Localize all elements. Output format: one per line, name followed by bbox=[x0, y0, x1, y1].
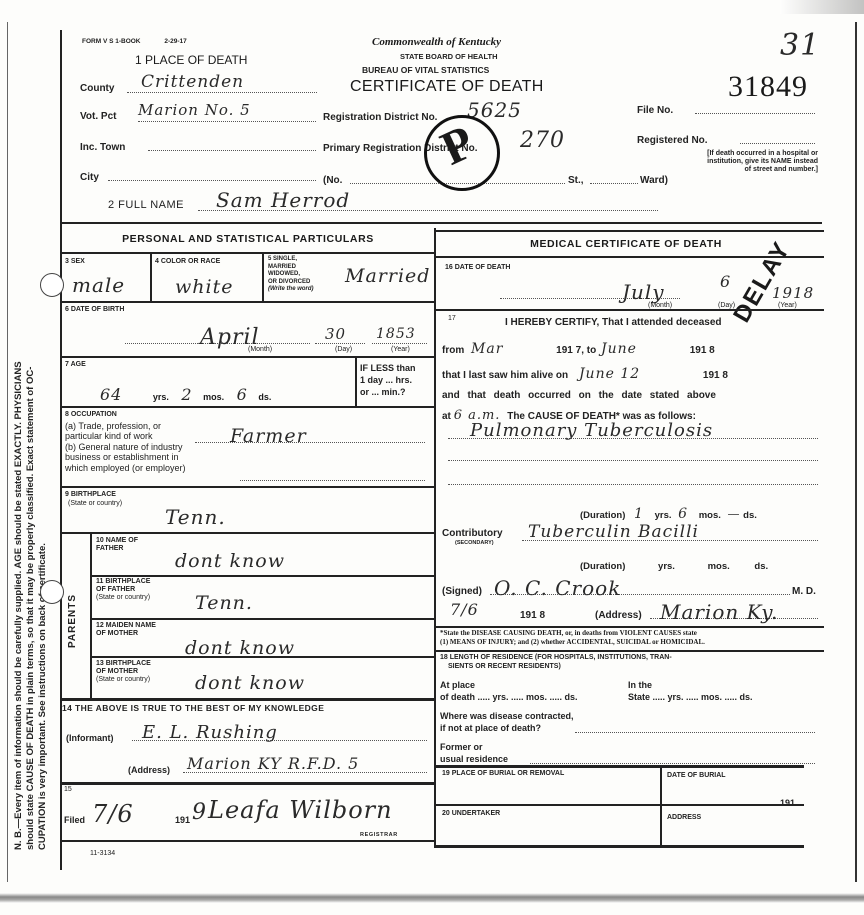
county-label: County bbox=[80, 83, 114, 94]
birthplace-value[interactable]: Tenn. bbox=[165, 505, 226, 529]
registered-no-field[interactable] bbox=[740, 127, 815, 144]
occupation-field[interactable]: Farmer bbox=[195, 425, 425, 443]
mother-birthplace-value[interactable]: dont know bbox=[195, 672, 305, 694]
occupation-a-line: (a) Trade, profession, or bbox=[65, 421, 186, 432]
cell-divider bbox=[355, 358, 357, 406]
duration-label: (Duration) bbox=[580, 561, 625, 572]
county-value: Crittenden bbox=[141, 72, 244, 92]
cause-field-3[interactable] bbox=[448, 470, 818, 485]
file-no-field[interactable] bbox=[695, 97, 815, 114]
label-line: FATHER bbox=[96, 545, 138, 553]
filed-year-prefix: 191 bbox=[175, 815, 190, 825]
vot-pct-value: Marion No. 5 bbox=[138, 101, 251, 119]
city-field[interactable] bbox=[108, 162, 316, 181]
filed-year-suffix[interactable]: 9 bbox=[192, 800, 207, 825]
burial-date-year: 191 bbox=[780, 798, 795, 808]
last-saw-label: that I last saw him alive on bbox=[442, 370, 568, 381]
marital-value[interactable]: Married bbox=[345, 265, 430, 287]
dob-day-field[interactable]: 30 bbox=[315, 325, 365, 344]
sheet-number: 31 bbox=[780, 28, 820, 63]
margin-line-2: should state CAUSE OF DEATH in plain ter… bbox=[25, 361, 37, 850]
yrs-label: yrs. bbox=[153, 392, 169, 402]
header-divider bbox=[62, 222, 822, 224]
dob-label: 6 DATE OF BIRTH bbox=[65, 306, 124, 314]
cell-divider bbox=[262, 253, 264, 301]
label-line: 10 NAME OF bbox=[96, 537, 138, 545]
cause-field-2[interactable] bbox=[448, 446, 818, 461]
parents-side-label: PARENTS bbox=[67, 594, 78, 648]
row-line bbox=[62, 252, 434, 254]
dob-year-value: 1853 bbox=[376, 326, 416, 342]
mos-label: mos. bbox=[699, 510, 721, 521]
cell-divider bbox=[150, 253, 152, 301]
from-year: 191 7 bbox=[556, 345, 581, 356]
dob-day-value: 30 bbox=[325, 325, 346, 343]
age-row: 64 yrs. 2 mos. 6 ds. bbox=[100, 385, 271, 404]
undertaker-address-label: ADDRESS bbox=[667, 814, 701, 822]
occupation-a-line: particular kind of work bbox=[65, 431, 186, 442]
registrar-signature[interactable]: Leafa Wilborn bbox=[208, 796, 393, 824]
row-line bbox=[436, 626, 824, 628]
burial-place-label: 19 PLACE OF BURIAL OR REMOVAL bbox=[442, 770, 564, 778]
form-outer-left-border bbox=[7, 22, 8, 882]
burial-divider bbox=[660, 767, 662, 845]
death-month-value: July bbox=[622, 280, 665, 304]
bureau-title: BUREAU OF VITAL STATISTICS bbox=[362, 65, 489, 75]
former-line: Former or bbox=[440, 741, 508, 753]
contracted-line: Where was disease contracted, bbox=[440, 710, 574, 722]
duration-row-1: (Duration) 1 yrs. 6 mos. — ds. bbox=[580, 506, 757, 522]
signed-date[interactable]: 7/6 bbox=[450, 600, 479, 619]
death-month-field[interactable]: July bbox=[500, 280, 680, 299]
primary-registration-value[interactable]: 270 bbox=[520, 128, 565, 153]
at-place-line[interactable]: of death ..... yrs. ..... mos. ..... ds. bbox=[440, 691, 578, 703]
marital-labels: 5 SINGLE, MARRIED WIDOWED, OR DIVORCED (… bbox=[268, 256, 314, 294]
father-name-value[interactable]: dont know bbox=[175, 550, 285, 572]
medical-section-title: MEDICAL CERTIFICATE OF DEATH bbox=[436, 238, 816, 250]
mos-label: mos. bbox=[203, 392, 224, 402]
in-state-line[interactable]: State ..... yrs. ..... mos. ..... ds. bbox=[628, 691, 753, 703]
footnote-line: (1) MEANS OF INJURY; and (2) whether ACC… bbox=[440, 638, 705, 647]
informant-value: E. L. Rushing bbox=[142, 722, 278, 743]
label-line: 13 BIRTHPLACE bbox=[96, 660, 151, 668]
delay-stamp: DELAY bbox=[728, 236, 797, 327]
margin-line-1: N. B.—Every item of information should b… bbox=[13, 361, 25, 850]
duration-label: (Duration) bbox=[580, 510, 625, 521]
duration-yrs-value[interactable]: 1 bbox=[634, 506, 644, 522]
occupation-block: 8 OCCUPATION (a) Trade, profession, or p… bbox=[65, 410, 186, 473]
age-days-value[interactable]: 6 bbox=[237, 385, 248, 404]
cause-value: Pulmonary Tuberculosis bbox=[470, 420, 713, 441]
dob-year-field[interactable]: 1853 bbox=[372, 325, 427, 344]
year-caption: (Year) bbox=[391, 346, 410, 354]
personal-section-title: PERSONAL AND STATISTICAL PARTICULARS bbox=[62, 233, 434, 245]
duration-row-2: (Duration) yrs. mos. ds. bbox=[580, 561, 768, 572]
vot-pct-field[interactable]: Marion No. 5 bbox=[138, 101, 316, 122]
registrar-label: REGISTRAR bbox=[360, 832, 398, 838]
label-line: OF MOTHER bbox=[96, 630, 156, 638]
informant-address-label: (Address) bbox=[128, 765, 170, 775]
ds-label: ds. bbox=[258, 392, 271, 402]
from-label: from bbox=[442, 345, 464, 356]
informant-address-value: Marion KY R.F.D. 5 bbox=[187, 754, 359, 773]
former-block: Former or usual residence bbox=[440, 741, 508, 765]
informant-label: (Informant) bbox=[66, 733, 114, 743]
footnote: *State the DISEASE CAUSING DEATH, or, in… bbox=[440, 629, 705, 647]
item-17-label: 17 bbox=[448, 315, 456, 323]
to-label: to bbox=[587, 345, 596, 356]
label-line: 11 BIRTHPLACE bbox=[96, 578, 150, 586]
color-value[interactable]: white bbox=[175, 276, 233, 298]
duration-mos-value[interactable]: 6 bbox=[678, 506, 688, 522]
margin-line-3: CUPATION is very important. See instruct… bbox=[37, 361, 49, 850]
occupation-b-line: which employed (or employer) bbox=[65, 463, 186, 474]
form-id: FORM V S 1-BOOK 2-29-17 bbox=[82, 38, 187, 46]
file-no-label: File No. bbox=[637, 105, 673, 116]
ward-label: Ward) bbox=[640, 175, 668, 186]
former-line: usual residence bbox=[440, 753, 508, 765]
in-state-line: In the bbox=[628, 679, 753, 691]
mos-label: mos. bbox=[708, 561, 730, 572]
residence-line: 18 LENGTH OF RESIDENCE (FOR HOSPITALS, I… bbox=[440, 653, 672, 662]
certify-text: I HEREBY CERTIFY, That I attended deceas… bbox=[505, 317, 722, 328]
label-line: OF FATHER bbox=[96, 586, 150, 594]
signed-field[interactable]: O. C. Crook bbox=[490, 576, 790, 595]
day-caption: (Day) bbox=[335, 346, 352, 354]
attended-row: from Mar 191 7, to June 191 8 bbox=[442, 341, 715, 357]
occupation-value: Farmer bbox=[230, 425, 307, 447]
contributory-label: Contributory bbox=[442, 528, 503, 539]
burial-date-label: DATE OF BURIAL bbox=[667, 772, 726, 780]
st-label: St., bbox=[568, 175, 584, 186]
contributory-field[interactable]: Tuberculin Bacilli bbox=[522, 522, 818, 541]
filed-label: Filed bbox=[64, 815, 85, 825]
mother-name-label: 12 MAIDEN NAME OF MOTHER bbox=[96, 622, 156, 638]
month-caption: (Month) bbox=[248, 346, 272, 354]
in-state-block: In the State ..... yrs. ..... mos. .....… bbox=[628, 679, 753, 703]
row-line bbox=[436, 845, 804, 848]
row-line bbox=[62, 532, 434, 534]
center-column-divider bbox=[434, 228, 436, 848]
inc-town-label: Inc. Town bbox=[80, 142, 125, 153]
to-year: 191 8 bbox=[690, 345, 715, 356]
row-line bbox=[62, 356, 434, 358]
dob-month-field[interactable]: April bbox=[125, 325, 310, 344]
label-line: OF MOTHER bbox=[96, 668, 151, 676]
marital-label-line: OR DIVORCED bbox=[268, 279, 314, 287]
no-label: (No. bbox=[323, 175, 342, 186]
contracted-block: Where was disease contracted, if not at … bbox=[440, 710, 574, 734]
bottom-form-code: 11-3134 bbox=[90, 850, 115, 858]
signed-label: (Signed) bbox=[442, 586, 482, 597]
less-than-line: or ... min.? bbox=[360, 386, 416, 398]
md-label: M. D. bbox=[792, 586, 816, 597]
date-of-death-label: 16 DATE OF DEATH bbox=[445, 264, 510, 272]
occupation-b-line: (b) General nature of industry bbox=[65, 442, 186, 453]
binder-hole-bottom bbox=[40, 580, 64, 604]
scan-top-shadow bbox=[780, 0, 864, 14]
residence-line: SIENTS OR RECENT RESIDENTS) bbox=[440, 662, 672, 671]
sex-label: 3 SEX bbox=[65, 258, 85, 266]
item-15-label: 15 bbox=[64, 786, 72, 794]
row-line bbox=[62, 840, 434, 842]
undertaker-label: 20 UNDERTAKER bbox=[442, 810, 500, 818]
row-line bbox=[91, 656, 434, 658]
row-line bbox=[62, 406, 434, 408]
father-birthplace-label: 11 BIRTHPLACE OF FATHER (State or countr… bbox=[96, 578, 150, 602]
row-line bbox=[436, 230, 824, 232]
label-line: (State or country) bbox=[96, 676, 151, 684]
at-place-block: At place of death ..... yrs. ..... mos. … bbox=[440, 679, 578, 703]
age-label: 7 AGE bbox=[65, 361, 86, 369]
full-name-field[interactable]: Sam Herrod bbox=[198, 188, 658, 211]
doctor-address-field[interactable]: Marion Ky. bbox=[650, 600, 818, 619]
death-year-value[interactable]: 1918 bbox=[772, 284, 814, 302]
certificate-title: CERTIFICATE OF DEATH bbox=[350, 78, 544, 96]
row-line bbox=[436, 650, 824, 652]
yrs-label: yrs. bbox=[655, 510, 672, 521]
residence-label: 18 LENGTH OF RESIDENCE (FOR HOSPITALS, I… bbox=[440, 653, 672, 671]
former-residence-field[interactable] bbox=[530, 753, 815, 764]
cause-field-1[interactable]: Pulmonary Tuberculosis bbox=[448, 420, 818, 439]
informant-address-field[interactable]: Marion KY R.F.D. 5 bbox=[183, 754, 427, 773]
row-line bbox=[62, 782, 434, 785]
informant-statement: 14 THE ABOVE IS TRUE TO THE BEST OF MY K… bbox=[62, 703, 324, 713]
full-name-value: Sam Herrod bbox=[216, 188, 350, 212]
marital-label-line: 5 SINGLE, bbox=[268, 256, 314, 264]
employer-field[interactable] bbox=[240, 470, 425, 481]
label-line: 12 MAIDEN NAME bbox=[96, 622, 156, 630]
death-day-value[interactable]: 6 bbox=[720, 272, 731, 291]
age-years-value[interactable]: 64 bbox=[100, 385, 122, 404]
last-saw-year: 191 8 bbox=[703, 370, 728, 381]
less-than-line: 1 day ... hrs. bbox=[360, 374, 416, 386]
form-left-border bbox=[60, 30, 62, 870]
marital-label-line: (Write the word) bbox=[268, 286, 314, 294]
last-saw-row: that I last saw him alive on June 12 191… bbox=[442, 366, 728, 382]
parents-divider bbox=[90, 533, 92, 698]
ds-label: ds. bbox=[754, 561, 768, 572]
county-field[interactable]: Crittenden bbox=[127, 72, 317, 93]
state-board-title: STATE BOARD OF HEALTH bbox=[400, 53, 498, 61]
commonwealth-title: Commonwealth of Kentucky bbox=[372, 36, 501, 48]
row-line bbox=[436, 309, 824, 311]
contributory-value: Tuberculin Bacilli bbox=[528, 522, 699, 542]
secondary-label: (SECONDARY) bbox=[455, 540, 494, 546]
marital-label-line: MARRIED bbox=[268, 264, 314, 272]
city-label: City bbox=[80, 172, 99, 183]
yrs-label: yrs. bbox=[658, 561, 675, 572]
occurred-text: and that death occurred on the date stat… bbox=[442, 390, 716, 401]
form-right-border bbox=[855, 22, 857, 882]
full-name-label: 2 FULL NAME bbox=[108, 199, 184, 211]
row-line bbox=[62, 698, 434, 701]
hospital-note: [If death occurred in a hospital or inst… bbox=[706, 150, 818, 174]
doctor-address-label: (Address) bbox=[595, 610, 642, 621]
row-line bbox=[436, 765, 804, 768]
signed-year: 191 8 bbox=[520, 610, 545, 621]
color-label: 4 COLOR OR RACE bbox=[155, 258, 220, 266]
marital-label-line: WIDOWED, bbox=[268, 271, 314, 279]
row-line bbox=[91, 618, 434, 620]
birthplace-label: 9 BIRTHPLACE bbox=[65, 491, 116, 499]
informant-field[interactable]: E. L. Rushing bbox=[132, 722, 427, 741]
signed-value: O. C. Crook bbox=[494, 576, 621, 600]
row-line bbox=[91, 575, 434, 577]
place-of-death-heading: 1 PLACE OF DEATH bbox=[135, 53, 247, 67]
row-line bbox=[436, 804, 804, 806]
ward-field[interactable] bbox=[590, 165, 638, 184]
footnote-line: *State the DISEASE CAUSING DEATH, or, in… bbox=[440, 629, 705, 638]
ds-label: ds. bbox=[743, 510, 757, 521]
row-line bbox=[62, 486, 434, 488]
occupation-label: 8 OCCUPATION bbox=[65, 410, 186, 421]
scan-bottom-shadow bbox=[0, 893, 864, 903]
filed-date[interactable]: 7/6 bbox=[92, 800, 134, 828]
label-line: (State or country) bbox=[96, 594, 150, 602]
last-saw-value[interactable]: June 12 bbox=[579, 366, 640, 382]
occupation-b-line: business or establishment in bbox=[65, 452, 186, 463]
sex-value[interactable]: male bbox=[72, 273, 125, 297]
from-value[interactable]: Mar bbox=[471, 341, 503, 357]
less-than-line: IF LESS than bbox=[360, 362, 416, 374]
father-birthplace-value[interactable]: Tenn. bbox=[195, 592, 253, 614]
at-place-line: At place bbox=[440, 679, 578, 691]
contracted-line: if not at place of death? bbox=[440, 722, 574, 734]
birthplace-sub: (State or country) bbox=[68, 500, 122, 508]
father-name-label: 10 NAME OF FATHER bbox=[96, 537, 138, 553]
age-months-value[interactable]: 2 bbox=[181, 385, 192, 404]
binder-hole-top bbox=[40, 273, 64, 297]
doctor-address-value: Marion Ky. bbox=[660, 600, 778, 624]
contracted-field[interactable] bbox=[575, 722, 815, 733]
less-than-day: IF LESS than 1 day ... hrs. or ... min.? bbox=[360, 362, 416, 398]
duration-ds-value[interactable]: — bbox=[728, 507, 741, 521]
inc-town-field[interactable] bbox=[148, 132, 316, 151]
to-value[interactable]: June bbox=[601, 341, 637, 357]
registered-no-label: Registered No. bbox=[637, 135, 708, 146]
margin-instructions: N. B.—Every item of information should b… bbox=[13, 361, 49, 850]
row-line bbox=[62, 301, 434, 303]
mother-birthplace-label: 13 BIRTHPLACE OF MOTHER (State or countr… bbox=[96, 660, 151, 684]
registration-district-label: Registration District No. bbox=[323, 112, 437, 123]
vot-pct-label: Vot. Pct bbox=[80, 111, 116, 122]
